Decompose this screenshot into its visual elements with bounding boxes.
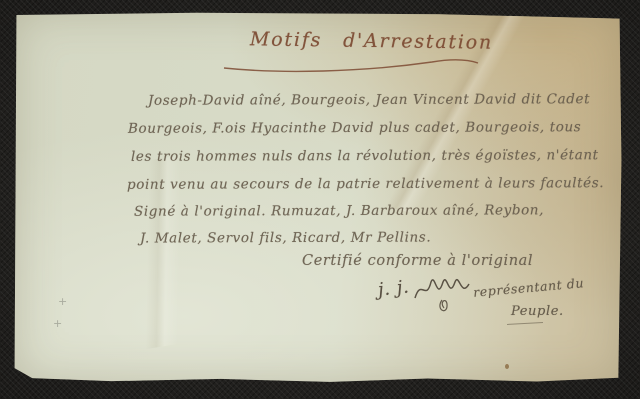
signature-role-underline <box>507 322 543 325</box>
signature-flourish <box>412 270 476 316</box>
photo-background: Motifs d'Arrestation Joseph-David aîné, … <box>0 0 640 399</box>
signature-role-line1: représentant du <box>473 275 585 300</box>
document-title: Motifs d'Arrestation <box>250 28 493 53</box>
body-line: Joseph-David aîné, Bourgeois, Jean Vince… <box>148 91 590 109</box>
title-underline-flourish <box>222 56 480 74</box>
pencil-mark: + <box>58 295 67 308</box>
paper-stain-speck <box>505 364 509 369</box>
body-line: Bourgeois, F.ois Hyacinthe David plus ca… <box>128 119 581 137</box>
signature-role-line2: Peuple. <box>511 304 564 319</box>
body-line: les trois hommes nuls dans la révolution… <box>131 147 599 165</box>
body-line: point venu au secours de la patrie relat… <box>127 175 604 193</box>
body-line: Signé à l'original. Rumuzat, J. Barbarou… <box>134 202 544 219</box>
signature-initials: j. j. <box>377 276 410 300</box>
certification-line: Certifié conforme à l'original <box>302 253 533 269</box>
pencil-mark: + <box>53 317 62 330</box>
body-line: J. Malet, Servol fils, Ricard, Mr Pellin… <box>140 229 431 246</box>
manuscript-paper: Motifs d'Arrestation Joseph-David aîné, … <box>14 12 622 383</box>
